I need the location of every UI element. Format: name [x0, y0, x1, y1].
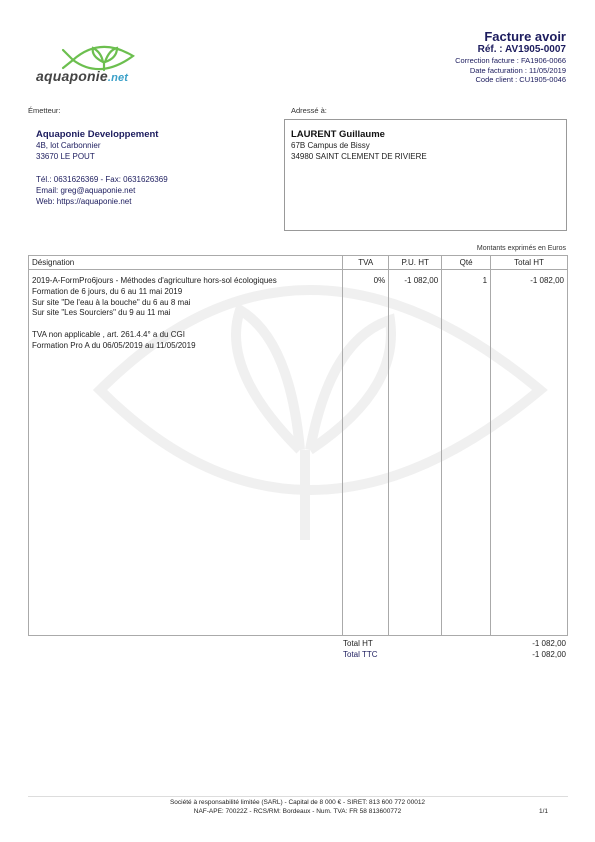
- invoice-lines-table: Désignation TVA P.U. HT Qté Total HT 201…: [28, 255, 568, 636]
- sender-address-line2: 33670 LE POUT: [36, 152, 95, 161]
- column-header-vat: TVA: [343, 256, 389, 270]
- line-total: -1 082,00: [491, 270, 568, 636]
- description-line: Sur site "De l'eau à la bouche" du 6 au …: [32, 298, 339, 309]
- page-number: 1/1: [539, 808, 548, 815]
- description-line: Formation de 6 jours, du 6 au 11 mai 201…: [32, 287, 339, 298]
- line-vat: 0%: [343, 270, 389, 636]
- table-row: 2019-A-FormPro6jours - Méthodes d'agricu…: [29, 270, 568, 636]
- currency-note: Montants exprimés en Euros: [477, 245, 566, 252]
- line-description: 2019-A-FormPro6jours - Méthodes d'agricu…: [29, 270, 343, 636]
- recipient-address-line1: 67B Campus de Bissy: [291, 141, 370, 150]
- sender-name: Aquaponie Developpement: [36, 129, 158, 140]
- recipient-name: LAURENT Guillaume: [291, 129, 385, 140]
- document-reference: Réf. : AV1905-0007: [478, 44, 566, 55]
- footer-legal-line2: NAF-APE: 70022Z - RCS/RM: Bordeaux - Num…: [0, 808, 595, 815]
- recipient-address-line2: 34980 SAINT CLEMENT DE RIVIERE: [291, 152, 427, 161]
- column-header-designation: Désignation: [29, 256, 343, 270]
- description-spacer: [32, 319, 339, 330]
- sender-phone-fax: Tél.: 0631626369 - Fax: 0631626369: [36, 175, 168, 184]
- logo-tld: .net: [108, 72, 128, 84]
- client-code: Code client : CU1905-0046: [476, 75, 566, 84]
- invoice-date: Date facturation : 11/05/2019: [470, 66, 566, 75]
- description-line: Formation Pro A du 06/05/2019 au 11/05/2…: [32, 341, 339, 352]
- sender-web[interactable]: Web: https://aquaponie.net: [36, 197, 131, 206]
- footer-legal-line1: Société à responsabilité limitée (SARL) …: [0, 799, 595, 806]
- correction-invoice: Correction facture : FA1906-0066: [455, 56, 566, 65]
- sender-label: Émetteur:: [28, 106, 61, 115]
- total-ht-value: -1 082,00: [532, 639, 566, 648]
- table-header-row: Désignation TVA P.U. HT Qté Total HT: [29, 256, 568, 270]
- footer-divider: [28, 796, 568, 797]
- total-ht-label: Total HT: [343, 639, 373, 648]
- column-header-unit-price: P.U. HT: [389, 256, 442, 270]
- column-header-quantity: Qté: [442, 256, 491, 270]
- description-line: TVA non applicable , art. 261.4.4° a du …: [32, 330, 339, 341]
- line-quantity: 1: [442, 270, 491, 636]
- sender-email[interactable]: Email: greg@aquaponie.net: [36, 186, 135, 195]
- sender-address-line1: 4B, lot Carbonnier: [36, 141, 100, 150]
- column-header-total: Total HT: [491, 256, 568, 270]
- total-ttc-label: Total TTC: [343, 650, 378, 659]
- company-logo-text: aquaponie.net: [36, 68, 128, 84]
- logo-brand: aquaponie: [36, 68, 108, 84]
- description-line: Sur site "Les Sourciers" du 9 au 11 mai: [32, 308, 339, 319]
- description-line: 2019-A-FormPro6jours - Méthodes d'agricu…: [32, 276, 339, 287]
- recipient-label: Adressé à:: [291, 106, 327, 115]
- line-unit-price: -1 082,00: [389, 270, 442, 636]
- document-title: Facture avoir: [484, 29, 566, 44]
- total-ttc-value: -1 082,00: [532, 650, 566, 659]
